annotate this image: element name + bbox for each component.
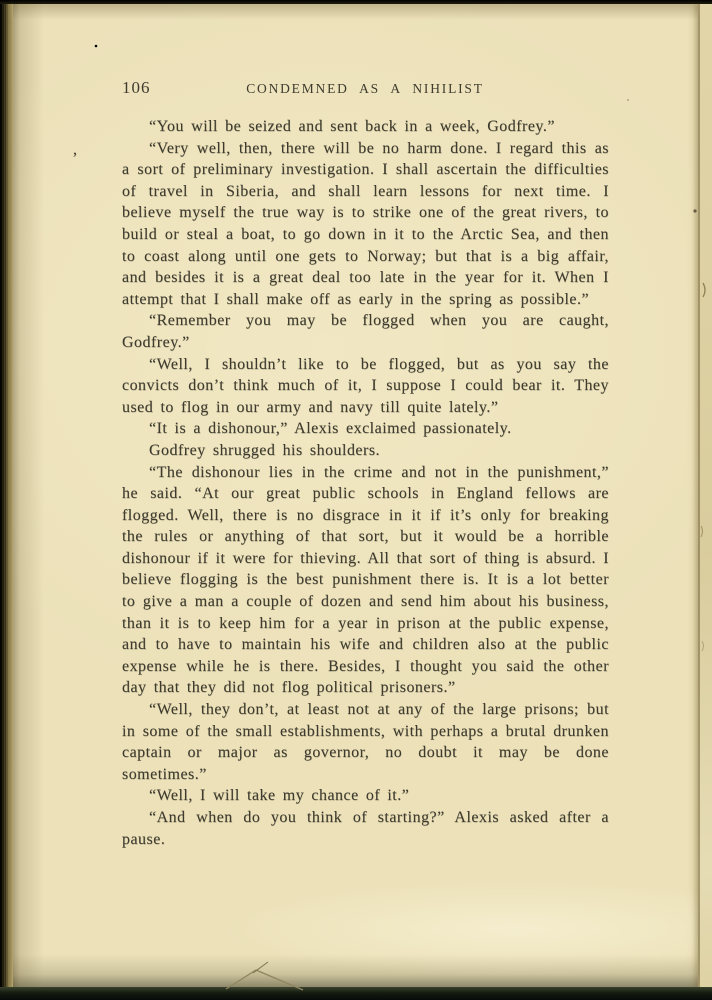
page-header: 106 CONDEMNED AS A NIHILIST <box>122 78 608 100</box>
paragraph: “The dishonour lies in the crime and not… <box>122 462 609 700</box>
paragraph: “Well, I will take my chance of it.” <box>122 785 609 807</box>
running-title: CONDEMNED AS A NIHILIST <box>122 81 608 97</box>
book-gutter-edge <box>0 0 13 1000</box>
paragraph: “Remember you may be flogged when you ar… <box>122 310 609 353</box>
book-page: 106 CONDEMNED AS A NIHILIST , “You will … <box>10 4 712 988</box>
photo-top-edge <box>0 0 712 4</box>
paragraph: “Well, I shouldn’t like to be flogged, b… <box>122 354 609 419</box>
paragraph: “You will be seized and sent back in a w… <box>122 116 609 138</box>
paragraph: Godfrey shrugged his shoulders. <box>122 440 609 462</box>
paragraph: “It is a dishonour,” Alexis exclaimed pa… <box>122 418 609 440</box>
book-bottom-edge <box>0 987 712 1000</box>
scanned-book-photo: 106 CONDEMNED AS A NIHILIST , “You will … <box>0 0 712 1000</box>
text-block: , “You will be seized and sent back in a… <box>122 116 609 850</box>
paragraph: “Very well, then, there will be no harm … <box>122 138 609 311</box>
page-edge-crease <box>698 4 712 988</box>
paragraph: “Well, they don’t, at least not at any o… <box>122 699 609 785</box>
margin-artifact-comma: , <box>73 139 77 161</box>
paragraph: “And when do you think of starting?” Ale… <box>122 807 609 850</box>
